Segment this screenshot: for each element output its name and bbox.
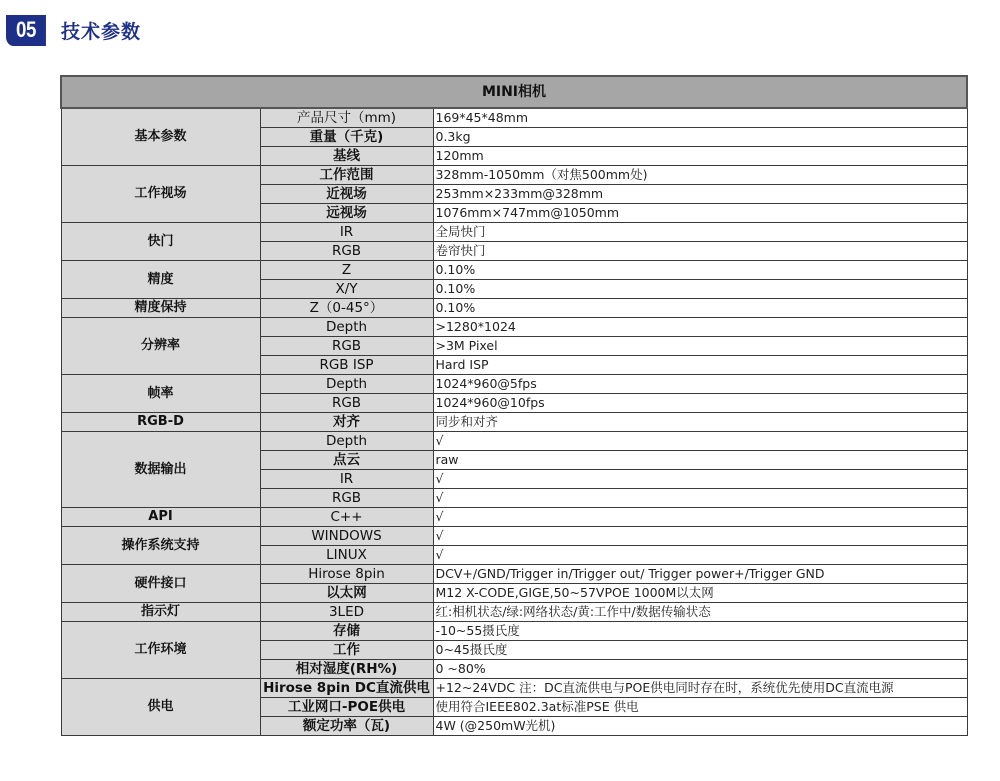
group-label: 工作视场 xyxy=(61,166,260,223)
param-label: RGB xyxy=(260,489,433,508)
param-value: √ xyxy=(433,527,967,546)
table-body: 基本参数产品尺寸（mm)169*45*48mm重量（千克)0.3kg基线120m… xyxy=(61,108,967,736)
group-label: 工作环境 xyxy=(61,622,260,679)
param-label: Z（0-45°） xyxy=(260,299,433,318)
param-value: 0.3kg xyxy=(433,128,967,147)
param-value: -10~55摄氏度 xyxy=(433,622,967,641)
param-label: 3LED xyxy=(260,603,433,622)
param-label: RGB xyxy=(260,242,433,261)
section-title: 技术参数 xyxy=(61,17,141,44)
param-label: Hirose 8pin DC直流供电 xyxy=(260,679,433,698)
param-value: >3M Pixel xyxy=(433,337,967,356)
param-label: Depth xyxy=(260,375,433,394)
param-label: 相对湿度(RH%) xyxy=(260,660,433,679)
table-row: 数据输出Depth√ xyxy=(61,432,967,451)
table-row: 基本参数产品尺寸（mm)169*45*48mm xyxy=(61,108,967,128)
group-label: API xyxy=(61,508,260,527)
param-value: 0.10% xyxy=(433,280,967,299)
param-label: 重量（千克) xyxy=(260,128,433,147)
table-header-row: MINI相机 xyxy=(61,76,967,108)
param-label: C++ xyxy=(260,508,433,527)
param-label: 点云 xyxy=(260,451,433,470)
param-value: √ xyxy=(433,508,967,527)
table-row: APIC++√ xyxy=(61,508,967,527)
param-label: Depth xyxy=(260,432,433,451)
group-label: 基本参数 xyxy=(61,108,260,166)
table-row: 快门IR全局快门 xyxy=(61,223,967,242)
param-value: 4W (@250mW光机) xyxy=(433,717,967,736)
param-value: √ xyxy=(433,432,967,451)
spec-page: 05 技术参数 MINI相机 基本参数产品尺寸（mm)169*45*48mm重量… xyxy=(0,0,1000,781)
param-value: 120mm xyxy=(433,147,967,166)
param-value: 1076mm×747mm@1050mm xyxy=(433,204,967,223)
table-row: 工作视场工作范围328mm-1050mm（对焦500mm处) xyxy=(61,166,967,185)
group-label: 供电 xyxy=(61,679,260,736)
param-label: 工业网口-POE供电 xyxy=(260,698,433,717)
param-label: WINDOWS xyxy=(260,527,433,546)
param-label: LINUX xyxy=(260,546,433,565)
param-label: 工作 xyxy=(260,641,433,660)
param-label: X/Y xyxy=(260,280,433,299)
param-value: 0.10% xyxy=(433,299,967,318)
table-row: 分辨率Depth>1280*1024 xyxy=(61,318,967,337)
param-label: RGB xyxy=(260,337,433,356)
group-label: 指示灯 xyxy=(61,603,260,622)
table-row: 供电Hirose 8pin DC直流供电+12~24VDC 注：DC直流供电与P… xyxy=(61,679,967,698)
table-row: 精度Z0.10% xyxy=(61,261,967,280)
param-value: 卷帘快门 xyxy=(433,242,967,261)
table-row: 硬件接口Hirose 8pinDCV+/GND/Trigger in/Trigg… xyxy=(61,565,967,584)
param-value: 328mm-1050mm（对焦500mm处) xyxy=(433,166,967,185)
param-value: +12~24VDC 注：DC直流供电与POE供电同时存在时，系统优先使用DC直流… xyxy=(433,679,967,698)
group-label: 硬件接口 xyxy=(61,565,260,603)
param-value: >1280*1024 xyxy=(433,318,967,337)
param-value: 1024*960@5fps xyxy=(433,375,967,394)
param-label: 产品尺寸（mm) xyxy=(260,108,433,128)
param-label: 以太网 xyxy=(260,584,433,603)
group-label: 精度 xyxy=(61,261,260,299)
param-label: 对齐 xyxy=(260,413,433,432)
table-row: 帧率Depth1024*960@5fps xyxy=(61,375,967,394)
param-label: IR xyxy=(260,223,433,242)
param-value: 1024*960@10fps xyxy=(433,394,967,413)
param-value: raw xyxy=(433,451,967,470)
param-value: 使用符合IEEE802.3at标准PSE 供电 xyxy=(433,698,967,717)
table-row: 操作系统支持WINDOWS√ xyxy=(61,527,967,546)
param-value: DCV+/GND/Trigger in/Trigger out/ Trigger… xyxy=(433,565,967,584)
param-label: 基线 xyxy=(260,147,433,166)
spec-table: MINI相机 基本参数产品尺寸（mm)169*45*48mm重量（千克)0.3k… xyxy=(60,75,968,736)
param-value: 253mm×233mm@328mm xyxy=(433,185,967,204)
group-label: 数据输出 xyxy=(61,432,260,508)
param-label: IR xyxy=(260,470,433,489)
group-label: 快门 xyxy=(61,223,260,261)
param-value: 全局快门 xyxy=(433,223,967,242)
param-label: 近视场 xyxy=(260,185,433,204)
table-title: MINI相机 xyxy=(61,76,967,108)
param-value: M12 X-CODE,GIGE,50~57VPOE 1000M以太网 xyxy=(433,584,967,603)
section-header: 05 技术参数 xyxy=(6,14,141,46)
table-row: 精度保持Z（0-45°）0.10% xyxy=(61,299,967,318)
param-label: 额定功率（瓦) xyxy=(260,717,433,736)
group-label: 精度保持 xyxy=(61,299,260,318)
param-value: 同步和对齐 xyxy=(433,413,967,432)
table-row: 工作环境存储-10~55摄氏度 xyxy=(61,622,967,641)
section-number-badge: 05 xyxy=(6,15,46,46)
group-label: 分辨率 xyxy=(61,318,260,375)
group-label: RGB-D xyxy=(61,413,260,432)
table-row: RGB-D对齐同步和对齐 xyxy=(61,413,967,432)
param-value: 169*45*48mm xyxy=(433,108,967,128)
param-label: 工作范围 xyxy=(260,166,433,185)
group-label: 操作系统支持 xyxy=(61,527,260,565)
param-label: Hirose 8pin xyxy=(260,565,433,584)
group-label: 帧率 xyxy=(61,375,260,413)
param-value: 红:相机状态/绿:网络状态/黄:工作中/数据传输状态 xyxy=(433,603,967,622)
param-label: RGB xyxy=(260,394,433,413)
param-label: Depth xyxy=(260,318,433,337)
table-row: 指示灯3LED红:相机状态/绿:网络状态/黄:工作中/数据传输状态 xyxy=(61,603,967,622)
param-value: √ xyxy=(433,470,967,489)
param-value: √ xyxy=(433,489,967,508)
param-label: 远视场 xyxy=(260,204,433,223)
param-label: 存储 xyxy=(260,622,433,641)
param-label: RGB ISP xyxy=(260,356,433,375)
param-value: 0~45摄氏度 xyxy=(433,641,967,660)
param-label: Z xyxy=(260,261,433,280)
param-value: 0 ~80% xyxy=(433,660,967,679)
param-value: √ xyxy=(433,546,967,565)
param-value: 0.10% xyxy=(433,261,967,280)
param-value: Hard ISP xyxy=(433,356,967,375)
